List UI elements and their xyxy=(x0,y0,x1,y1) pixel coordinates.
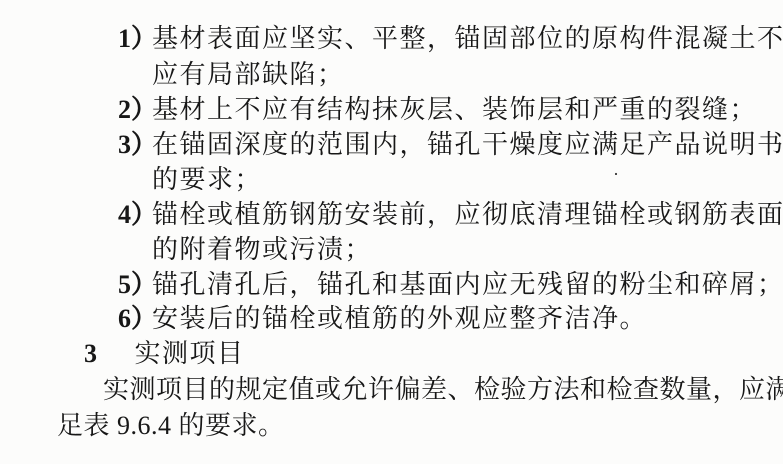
list-item-2-line-1: 2）基材上不应有结构抹灰层、装饰层和严重的裂缝； xyxy=(118,95,757,125)
list-item-3-number: 3） xyxy=(118,130,152,160)
list-item-6-number: 6） xyxy=(118,304,152,334)
section-heading: 3实测项目 xyxy=(84,339,245,369)
list-item-5-text: 锚孔清孔后，锚孔和基面内应无残留的粉尘和碎屑； xyxy=(152,270,783,299)
stray-ink-dot: · xyxy=(613,170,619,178)
section-heading-title: 实测项目 xyxy=(135,339,245,368)
list-item-3-text: 在锚固深度的范围内，锚孔干燥度应满足产品说明书 xyxy=(152,130,783,159)
list-item-4-line-2: 的附着物或污渍； xyxy=(152,235,372,265)
list-item-4-line-1: 4）锚栓或植筋钢筋安装前，应彻底清理锚栓或钢筋表面 xyxy=(118,200,783,230)
list-item-5-line-1: 5）锚孔清孔后，锚孔和基面内应无残留的粉尘和碎屑； xyxy=(118,270,783,300)
list-item-6-line-1: 6）安装后的锚栓或植筋的外观应整齐洁净。 xyxy=(118,304,647,334)
list-item-4-text: 锚栓或植筋钢筋安装前，应彻底清理锚栓或钢筋表面 xyxy=(152,200,783,229)
section-heading-number: 3 xyxy=(84,339,99,369)
list-item-1-line-1: 1）基材表面应坚实、平整，锚固部位的原构件混凝土不 xyxy=(118,24,783,54)
list-item-1-text: 基材表面应坚实、平整，锚固部位的原构件混凝土不 xyxy=(152,24,783,53)
list-item-1-number: 1） xyxy=(118,24,152,54)
list-item-2-text: 基材上不应有结构抹灰层、装饰层和严重的裂缝； xyxy=(152,95,757,124)
paragraph-line-1: 实测项目的规定值或允许偏差、检验方法和检查数量，应满 xyxy=(103,375,783,405)
paragraph-line-2: 足表 9.6.4 的要求。 xyxy=(57,411,285,441)
list-item-6-text: 安装后的锚栓或植筋的外观应整齐洁净。 xyxy=(152,304,647,333)
document-page: 1）基材表面应坚实、平整，锚固部位的原构件混凝土不 应有局部缺陷； 2）基材上不… xyxy=(0,0,783,464)
list-item-3-line-1: 3）在锚固深度的范围内，锚孔干燥度应满足产品说明书 xyxy=(118,130,783,160)
list-item-5-number: 5） xyxy=(118,270,152,300)
list-item-2-number: 2） xyxy=(118,95,152,125)
list-item-4-number: 4） xyxy=(118,200,152,230)
list-item-3-line-2: 的要求； xyxy=(152,165,262,195)
list-item-1-line-2: 应有局部缺陷； xyxy=(152,60,345,90)
